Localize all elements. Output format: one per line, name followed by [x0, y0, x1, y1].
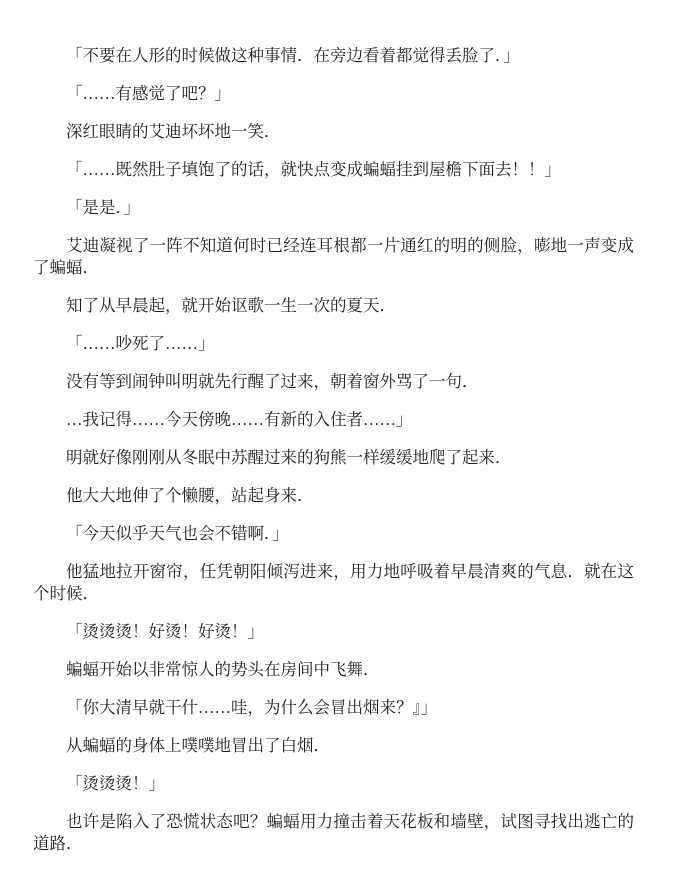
- dialogue-paragraph: 「不要在人形的时候做这种事情．在旁边看着都觉得丢脸了．」: [33, 45, 634, 67]
- dialogue-paragraph: 「……既然肚子填饱了的话，就快点变成蝙蝠挂到屋檐下面去！！」: [33, 159, 634, 181]
- dialogue-paragraph: 「……吵死了……」: [33, 333, 634, 355]
- dialogue-paragraph: 「是是．」: [33, 197, 634, 219]
- narration-paragraph: 他猛地拉开窗帘，任凭朝阳倾泻进来，用力地呼吸着早晨清爽的气息．就在这个时候．: [33, 561, 634, 605]
- narration-paragraph: 蝙蝠开始以非常惊人的势头在房间中飞舞．: [33, 659, 634, 681]
- narration-paragraph: 明就好像刚刚从冬眠中苏醒过来的狗熊一样缓缓地爬了起来．: [33, 447, 634, 469]
- dialogue-paragraph: 「……有感觉了吧？」: [33, 83, 634, 105]
- dialogue-paragraph: 「烫烫烫！」: [33, 773, 634, 795]
- narration-paragraph: 他大大地伸了个懒腰，站起身来．: [33, 485, 634, 507]
- dialogue-paragraph: 「烫烫烫！好烫！好烫！」: [33, 621, 634, 643]
- narration-paragraph: 从蝙蝠的身体上噗噗地冒出了白烟．: [33, 735, 634, 757]
- document-page: 「不要在人形的时候做这种事情．在旁边看着都觉得丢脸了．」 「……有感觉了吧？」 …: [0, 0, 680, 880]
- dialogue-paragraph: …我记得……今天傍晚……有新的入住者……」: [33, 409, 634, 431]
- dialogue-paragraph: 「今天似乎天气也会不错啊．」: [33, 523, 634, 545]
- narration-paragraph: 知了从早晨起，就开始讴歌一生一次的夏天．: [33, 295, 634, 317]
- narration-paragraph: 没有等到闹钟叫明就先行醒了过来，朝着窗外骂了一句．: [33, 371, 634, 393]
- narration-paragraph: 也许是陷入了恐慌状态吧？蝙蝠用力撞击着天花板和墙壁，试图寻找出逃亡的道路．: [33, 811, 634, 855]
- narration-paragraph: 深红眼睛的艾迪坏坏地一笑．: [33, 121, 634, 143]
- narration-paragraph: 艾迪凝视了一阵不知道何时已经连耳根都一片通红的明的侧脸，嘭地一声变成了蝙蝠．: [33, 235, 634, 279]
- dialogue-paragraph: 「你大清早就干什……哇，为什么会冒出烟来？』」: [33, 697, 634, 719]
